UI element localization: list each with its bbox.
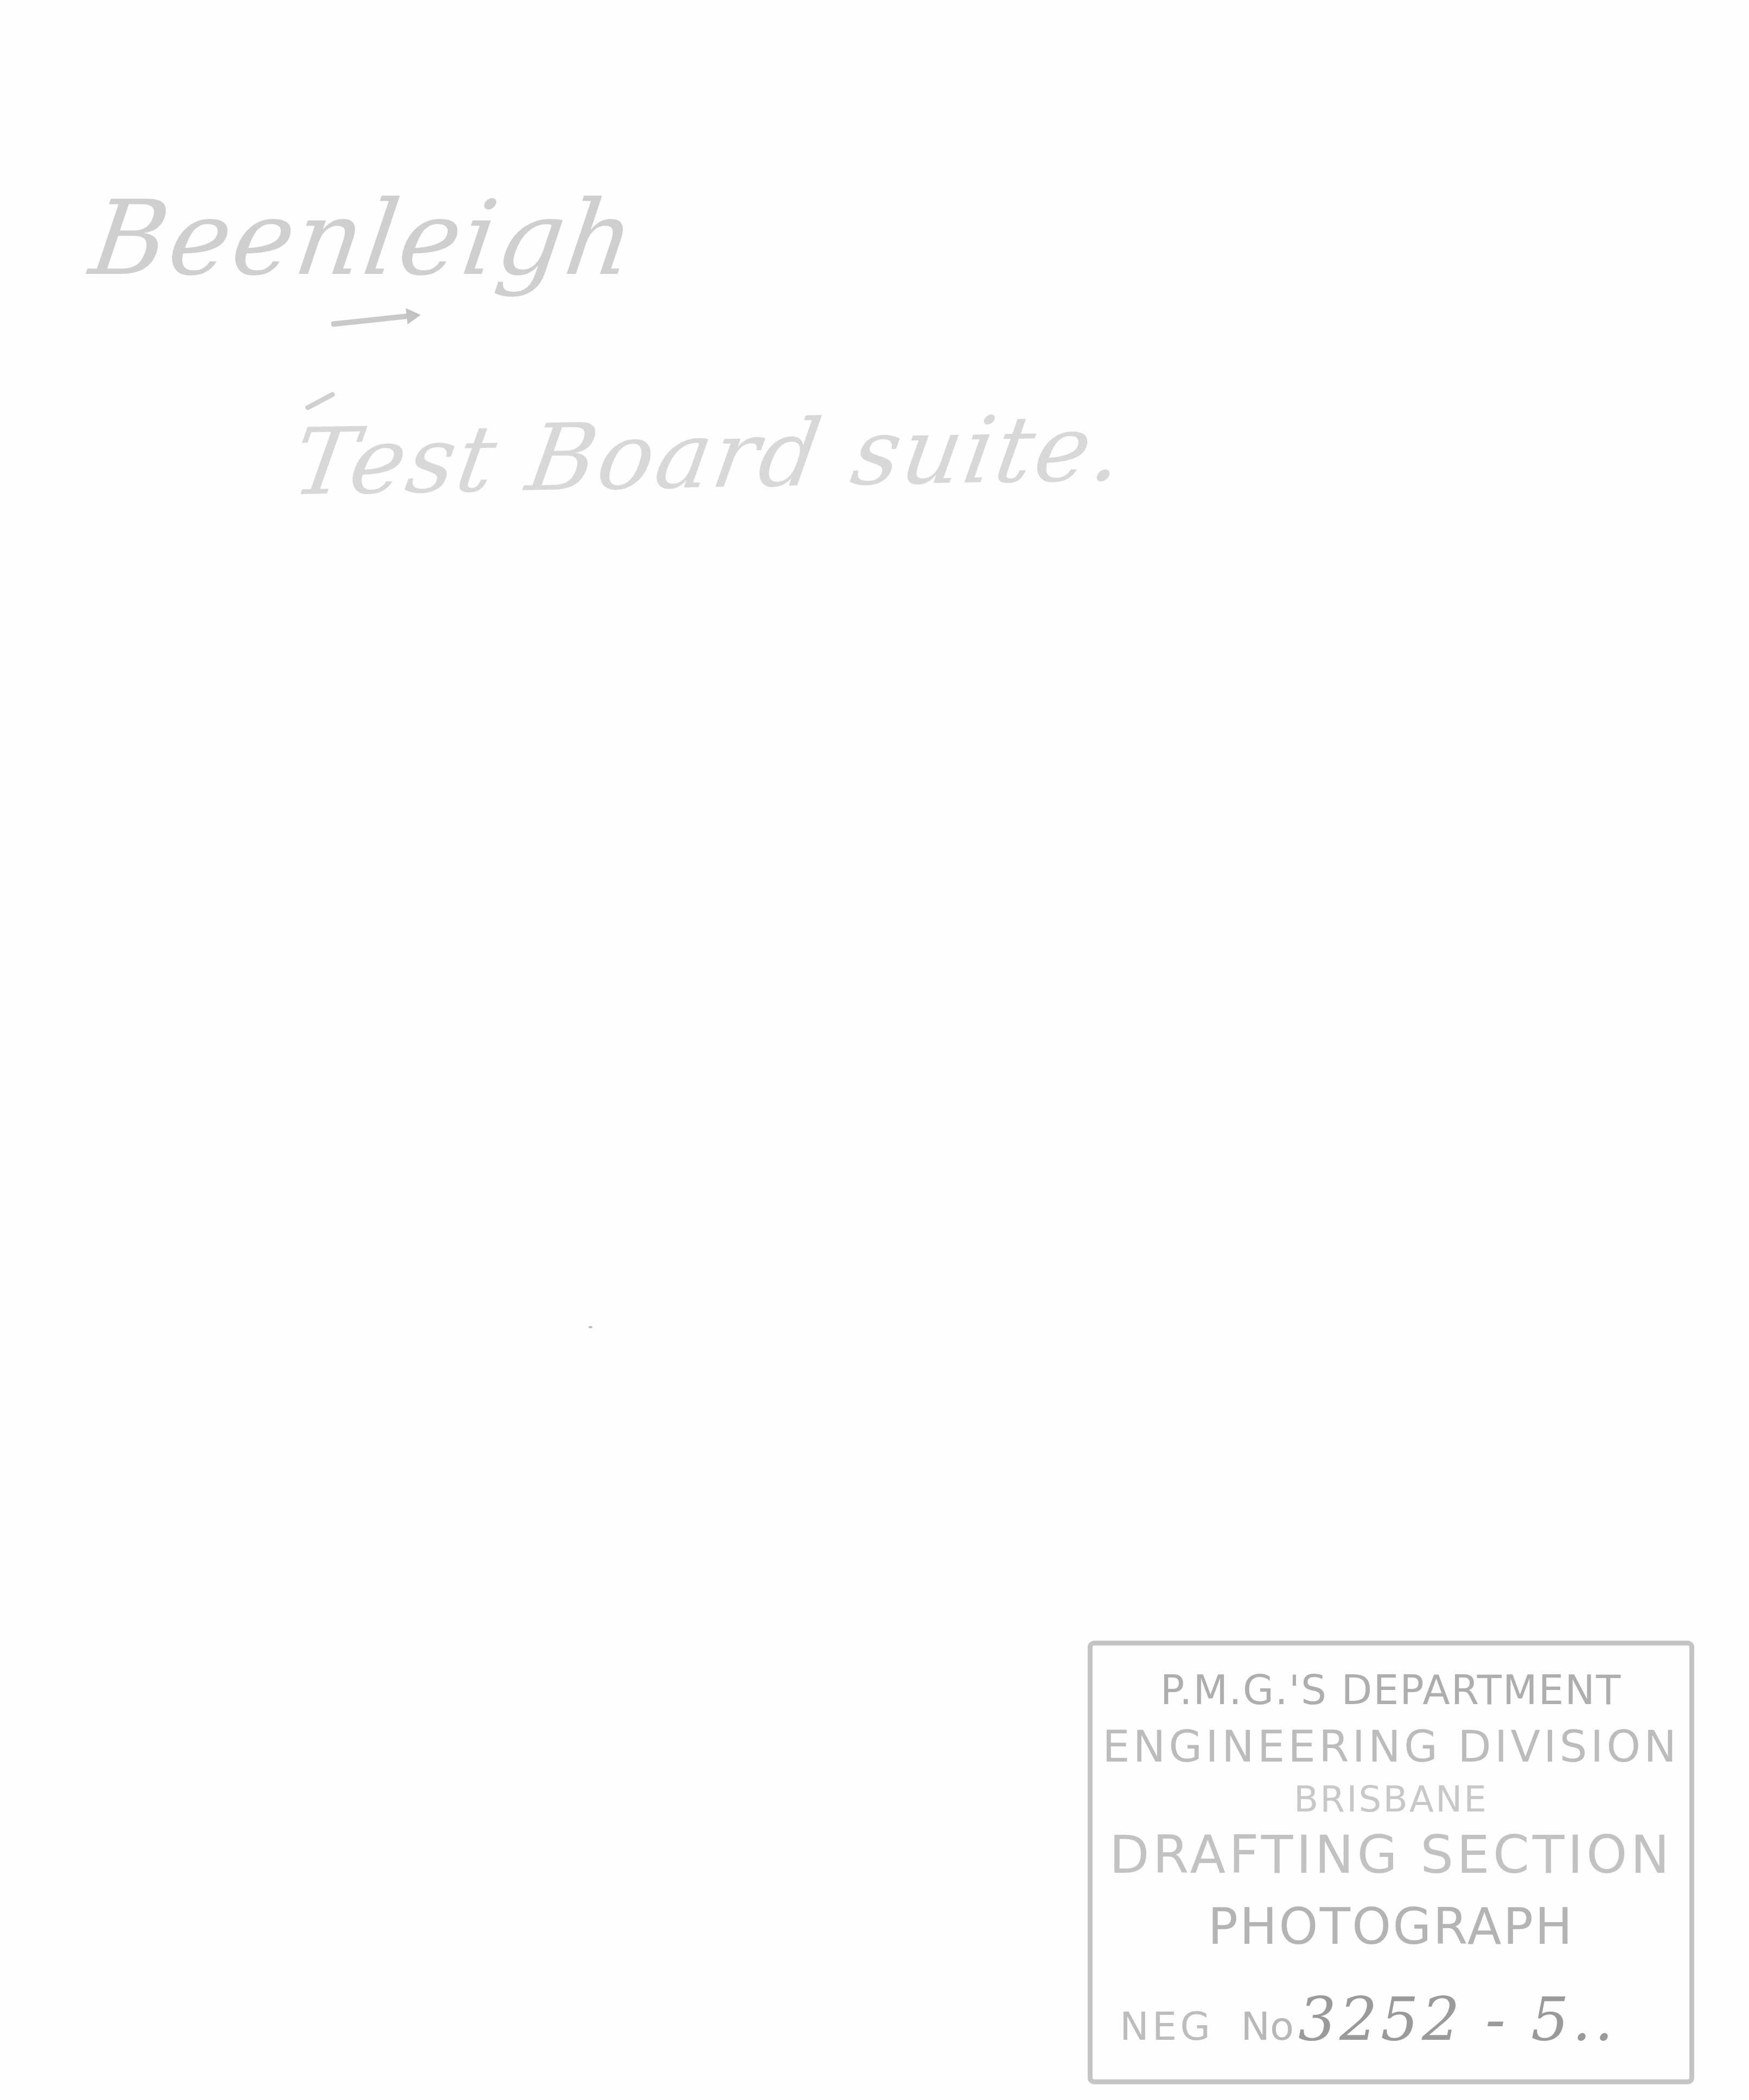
department-stamp: P.M.G.'S DEPARTMENT ENGINEERING DIVISION… <box>1088 1641 1694 2084</box>
pencil-arrow-mark <box>331 313 412 327</box>
stamp-section: DRAFTING SECTION <box>1093 1824 1689 1885</box>
negative-number-row: NEG No 3252 - 5.. <box>1120 1984 1617 2054</box>
negative-number: 3252 - 5.. <box>1298 1984 1617 2054</box>
handwritten-location: Beenleigh <box>84 179 644 298</box>
stamp-department: P.M.G.'S DEPARTMENT <box>1093 1667 1689 1714</box>
handwritten-caption: Test Board suite. <box>286 394 1133 517</box>
stamp-type: PHOTOGRAPH <box>1093 1898 1689 1956</box>
stamp-city: BRISBANE <box>1093 1778 1689 1820</box>
paper-speck <box>589 1326 592 1328</box>
neg-no-label: No <box>1241 2003 1294 2049</box>
neg-label: NEG <box>1120 2003 1214 2049</box>
stamp-division: ENGINEERING DIVISION <box>1093 1721 1689 1772</box>
